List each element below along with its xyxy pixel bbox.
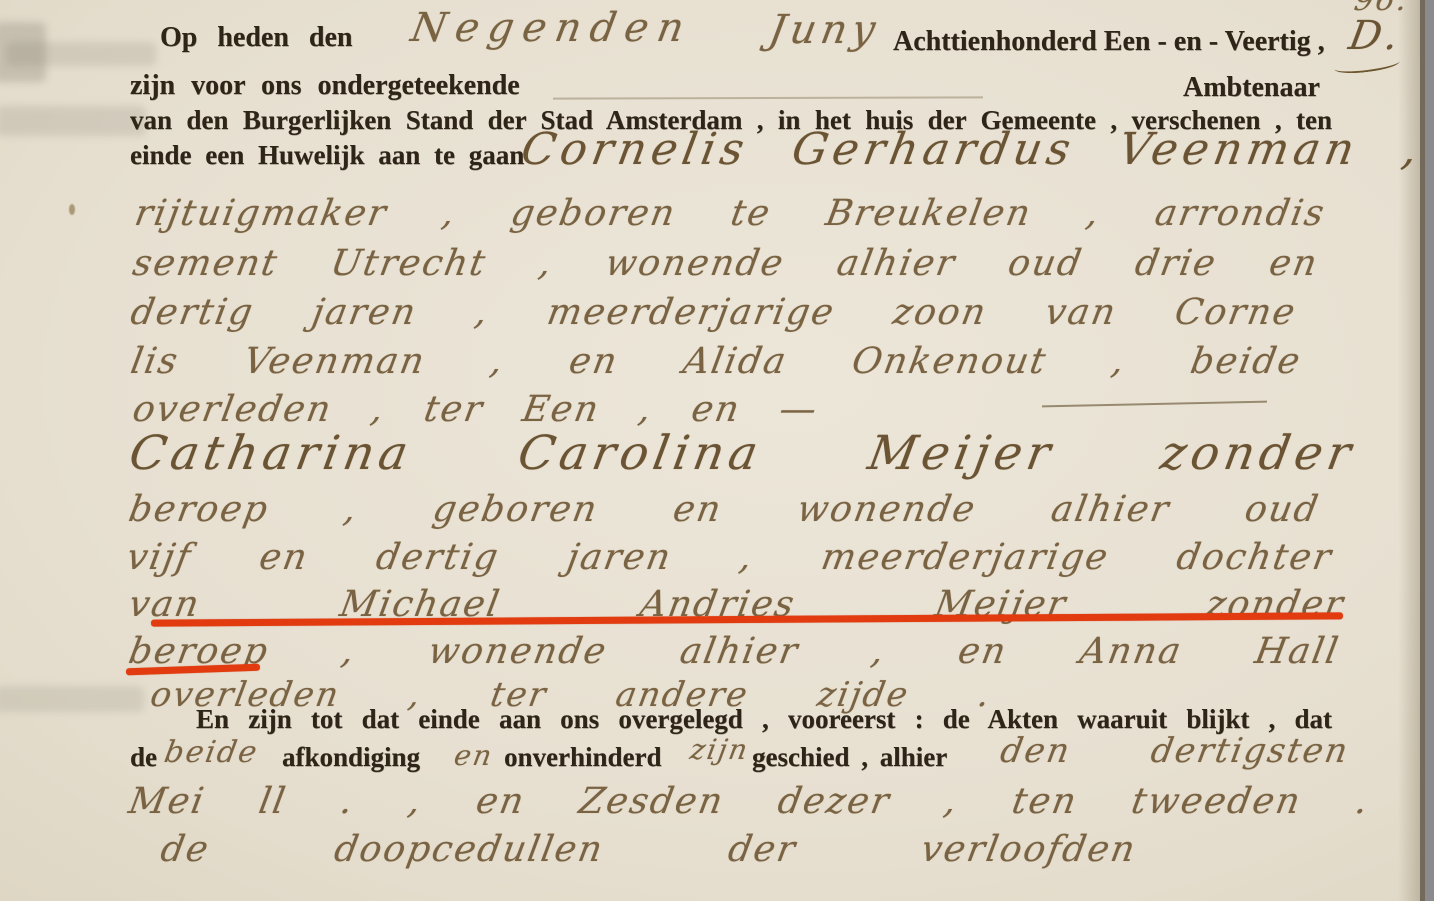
handwritten-den-dertigsten: den dertigsten	[998, 734, 1352, 768]
handwritten-beide: beide	[162, 738, 261, 768]
blank-ruled-line	[553, 96, 983, 99]
handwritten-bride-details-1: beroep , geboren en wonende alhier oud	[126, 492, 1322, 528]
printed-overgelegd-line: En zijn tot dat einde aan ons overgelegd…	[196, 706, 1332, 733]
handwritten-date-line: Mei ll . , en Zesden dezer , ten tweeden…	[126, 784, 1372, 820]
marriage-record-scan: 96. D. Op heden den Negenden Juny Achtti…	[0, 0, 1434, 901]
bleed-through-smudge	[0, 686, 144, 712]
printed-de: de	[130, 744, 157, 771]
handwritten-docs-line: de doopcedullen der verloofden	[158, 832, 1139, 868]
handwritten-en: en	[452, 742, 496, 770]
handwritten-dash-rule	[1042, 401, 1267, 408]
printed-ondergeteekende: zijn voor ons ondergeteekende	[130, 72, 520, 100]
printed-year: Achttienhonderd Een - en - Veertig ,	[893, 28, 1325, 56]
handwritten-bride-details-2: vijf en dertig jaren , meerderjarige doc…	[124, 540, 1335, 576]
ink-speck	[69, 204, 75, 215]
handwritten-groom-details-2: sement Utrecht , wonende alhier oud drie…	[130, 246, 1321, 282]
printed-huwelijk-line: einde een Huwelijk aan te gaan	[130, 142, 524, 169]
handwritten-bride-details-4: beroep , wonende alhier , en Anna Hall	[126, 634, 1342, 670]
printed-onverhinderd: onverhinderd	[504, 744, 662, 771]
printed-op-heden-den: Op heden den	[160, 24, 353, 52]
handwritten-groom-details-3: dertig jaren , meerderjarige zoon van Co…	[128, 295, 1299, 331]
printed-geschied-alhier: geschied , alhier	[752, 744, 947, 771]
handwritten-month: Juny	[766, 10, 883, 50]
paraph-flourish	[1333, 54, 1400, 76]
handwritten-day: Negenden	[408, 8, 696, 48]
printed-afkondiging: afkondiging	[282, 744, 420, 771]
bleed-through-smudge	[0, 106, 146, 136]
bleed-through-smudge	[6, 42, 156, 66]
handwritten-groom-details-4: lis Veenman , en Alida Onkenout , beide	[128, 344, 1304, 380]
scan-background-band	[1425, 0, 1434, 901]
printed-ambtenaar: Ambtenaar	[1183, 74, 1320, 102]
handwritten-groom-name: Cornelis Gerhardus Veenman ,	[518, 128, 1426, 172]
handwritten-groom-details-5: overleden , ter Een , en —	[130, 392, 821, 428]
handwritten-bride-name: Catharina Carolina Meijer zonder	[126, 430, 1359, 477]
handwritten-groom-details-1: rijtuigmaker , geboren te Breukelen , ar…	[132, 196, 1328, 232]
registrar-paraph: D.	[1346, 16, 1406, 56]
